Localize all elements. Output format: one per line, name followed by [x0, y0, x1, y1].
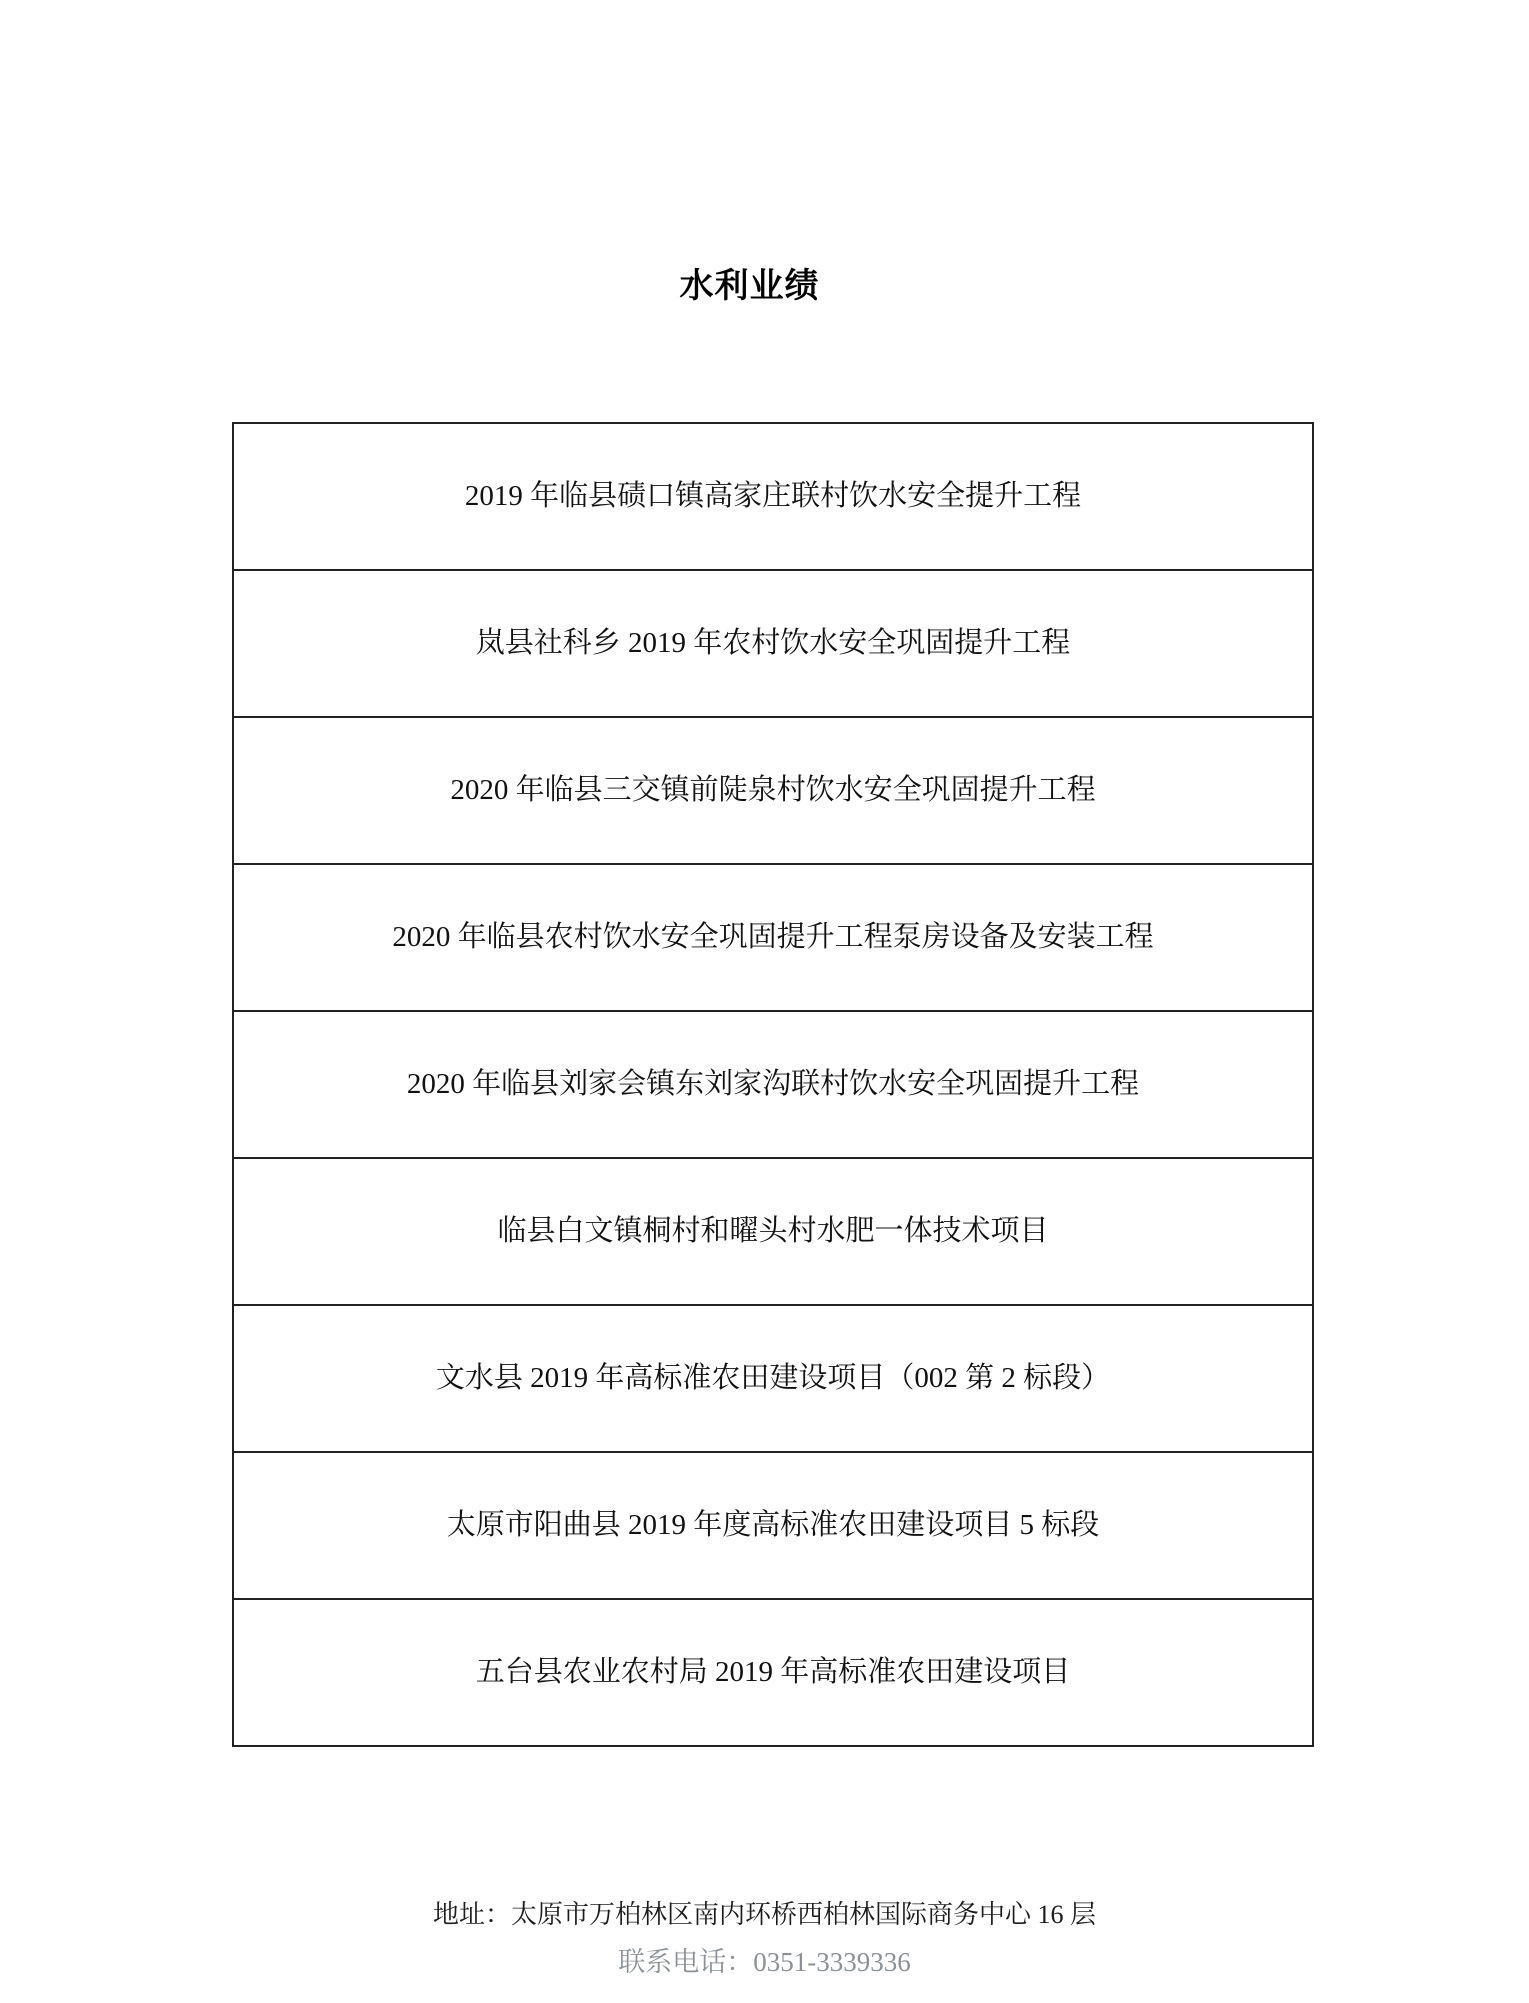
project-name: 2020 年临县刘家会镇东刘家沟联村饮水安全巩固提升工程 [407, 1067, 1139, 1102]
table-row: 临县白文镇桐村和曜头村水肥一体技术项目 [234, 1159, 1312, 1306]
footer-address: 地址：太原市万柏林区南内环桥西柏林国际商务中心 16 层 [0, 1898, 1529, 1932]
project-name: 岚县社科乡 2019 年农村饮水安全巩固提升工程 [476, 626, 1071, 661]
page-title: 水利业绩 [0, 263, 1514, 309]
table-row: 太原市阳曲县 2019 年度高标准农田建设项目 5 标段 [234, 1453, 1312, 1600]
project-name: 2020 年临县三交镇前陡泉村饮水安全巩固提升工程 [450, 773, 1095, 808]
project-name: 五台县农业农村局 2019 年高标准农田建设项目 [476, 1655, 1071, 1690]
project-name: 文水县 2019 年高标准农田建设项目（002 第 2 标段） [436, 1361, 1110, 1396]
project-name: 太原市阳曲县 2019 年度高标准农田建设项目 5 标段 [447, 1508, 1100, 1543]
project-name: 临县白文镇桐村和曜头村水肥一体技术项目 [497, 1214, 1048, 1249]
table-row: 2020 年临县三交镇前陡泉村饮水安全巩固提升工程 [234, 718, 1312, 865]
project-name: 2020 年临县农村饮水安全巩固提升工程泵房设备及安装工程 [392, 920, 1153, 955]
projects-table: 2019 年临县碛口镇高家庄联村饮水安全提升工程岚县社科乡 2019 年农村饮水… [232, 422, 1314, 1747]
table-row: 文水县 2019 年高标准农田建设项目（002 第 2 标段） [234, 1306, 1312, 1453]
footer: 地址：太原市万柏林区南内环桥西柏林国际商务中心 16 层 联系电话：0351-3… [0, 1898, 1529, 1979]
table-row: 五台县农业农村局 2019 年高标准农田建设项目 [234, 1600, 1312, 1745]
table-row: 岚县社科乡 2019 年农村饮水安全巩固提升工程 [234, 571, 1312, 718]
footer-phone: 联系电话：0351-3339336 [0, 1945, 1529, 1979]
table-row: 2019 年临县碛口镇高家庄联村饮水安全提升工程 [234, 424, 1312, 571]
project-name: 2019 年临县碛口镇高家庄联村饮水安全提升工程 [465, 479, 1081, 514]
table-row: 2020 年临县农村饮水安全巩固提升工程泵房设备及安装工程 [234, 865, 1312, 1012]
table-row: 2020 年临县刘家会镇东刘家沟联村饮水安全巩固提升工程 [234, 1012, 1312, 1159]
